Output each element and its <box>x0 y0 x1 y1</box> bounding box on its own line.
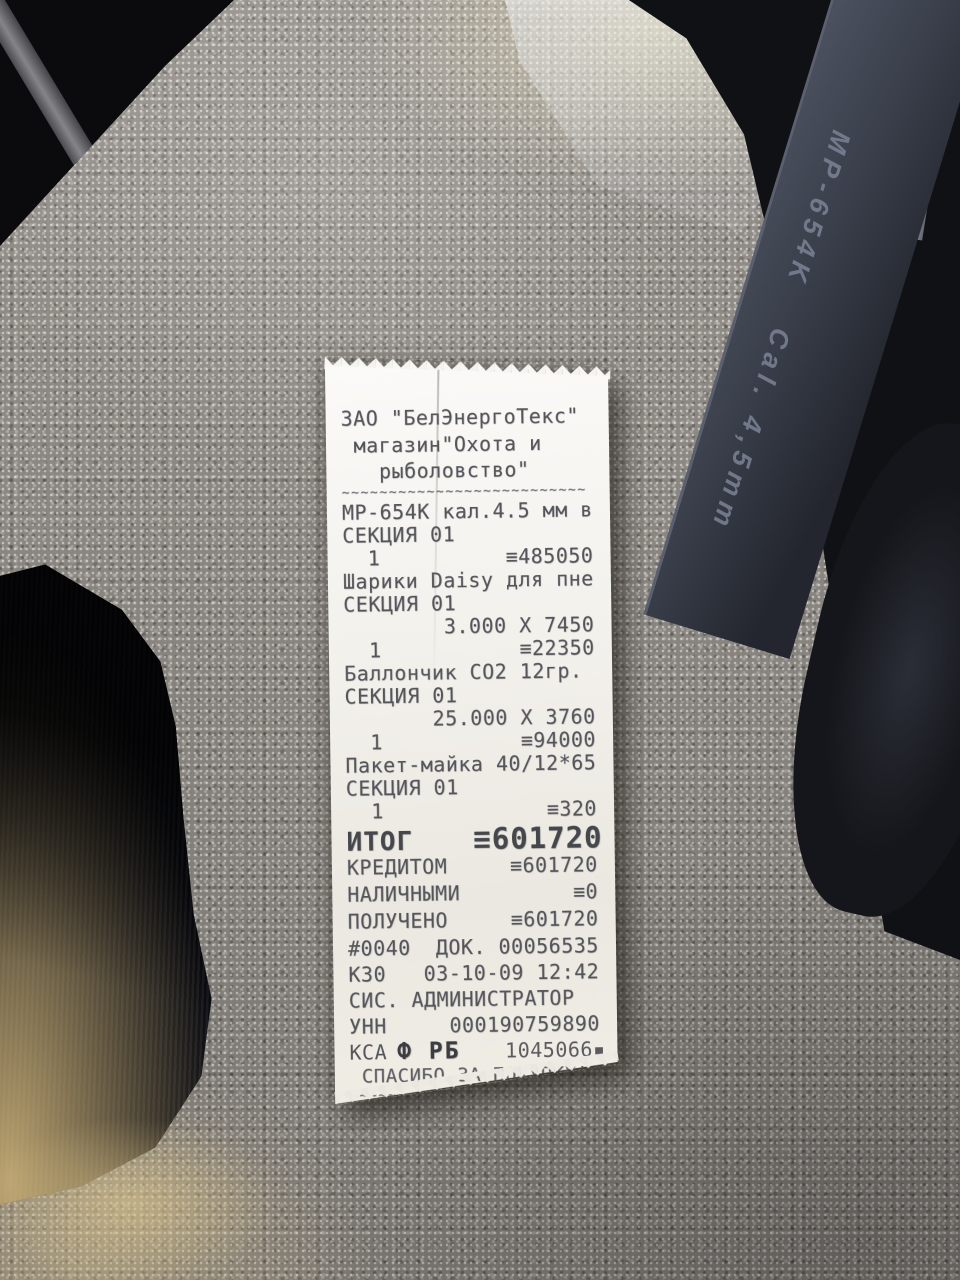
unn-line: УНН 000190759890 <box>349 1010 605 1040</box>
total-label: ИТОГ <box>346 826 413 857</box>
payment-cash: НАЛИЧНЫМИ ≡0 <box>347 878 603 909</box>
total-row: ИТОГ ≡601720 <box>346 820 602 855</box>
store-line3: рыболовство" <box>341 455 597 485</box>
total-value: ≡601720 <box>473 820 603 856</box>
receipt-line: Баллончик СО2 12гр. <box>344 659 600 686</box>
receipt-paper: ЗАО "БелЭнергоТекс" магазин"Охота и рыбо… <box>325 356 618 1104</box>
receipt-line: МР-654К кал.4.5 мм в <box>342 498 598 525</box>
payment-credit: КРЕДИТОМ ≡601720 <box>347 851 603 882</box>
photo-scene: MP-654K Cal. 4,5mm ЗАО "БелЭнергоТекс" м… <box>0 0 960 1280</box>
receipt: ЗАО "БелЭнергоТекс" магазин"Охота и рыбо… <box>325 356 618 1104</box>
frb-logo: Ф РБ <box>397 1038 461 1065</box>
payment-received: ПОЛУЧЕНО ≡601720 <box>347 905 603 936</box>
store-name: ЗАО "БелЭнергоТекс" <box>340 402 596 432</box>
receipt-line: Шарики Daisy для пне <box>343 567 599 594</box>
store-line2: магазин"Охота и <box>341 429 597 459</box>
ksa-label: КСА <box>349 1039 387 1066</box>
doc-number-line: #0040 ДОК. 00056535 <box>348 932 604 962</box>
register-datetime-line: К30 03-10-09 12:42 <box>348 958 604 988</box>
receipt-line: Пакет-майка 40/12*65 <box>345 751 601 778</box>
operator-line: СИС. АДМИНИСТРАТОР <box>349 984 605 1014</box>
spacer <box>461 1057 506 1058</box>
sunlight-glow <box>0 1118 280 1280</box>
